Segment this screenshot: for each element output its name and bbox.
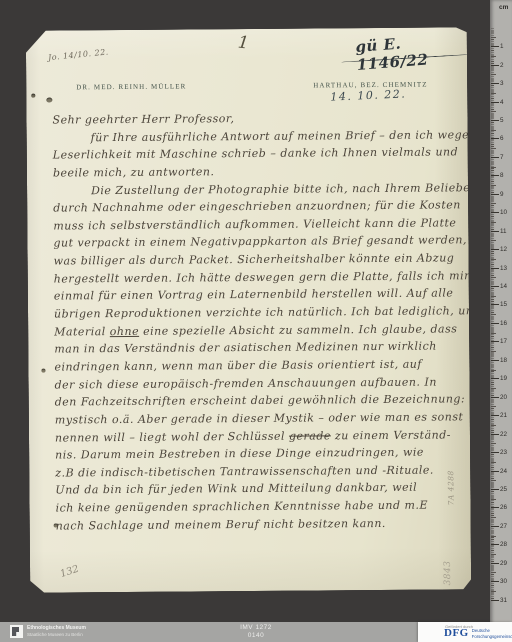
- letter-text-segment: einmal für einen Vortrag ein Laternenbil…: [54, 287, 454, 303]
- ruler-half-cm-tick: [491, 443, 496, 444]
- ruler-unit-label: cm: [499, 4, 508, 11]
- ruler-half-cm-tick: [491, 167, 496, 168]
- ruler-half-cm-tick: [491, 425, 496, 426]
- ruler-half-cm-tick: [491, 148, 496, 149]
- received-date-pencil-note: Jo. 14/10. 22.: [48, 47, 109, 62]
- ruler-cm-number: 26: [500, 504, 507, 511]
- ruler-half-cm-tick: [491, 517, 496, 518]
- ruler-cm-number: 30: [500, 578, 507, 585]
- ruler-cm-number: 23: [500, 449, 507, 456]
- ruler-half-cm-tick: [491, 130, 496, 131]
- ruler-cm-number: 25: [500, 486, 507, 493]
- ruler-cm-number: 20: [500, 394, 507, 401]
- ruler-half-cm-tick: [491, 499, 496, 500]
- ruler-cm-number: 18: [500, 357, 507, 364]
- ruler-cm-number: 10: [500, 209, 507, 216]
- letter-text-segment: gut verpackt in einem Negativpappkarton …: [53, 234, 467, 250]
- ruler-cm-number: 1: [500, 43, 504, 50]
- letter-text-segment: Material: [54, 325, 110, 338]
- margin-number-pencil: 132: [59, 564, 81, 580]
- ruler-half-cm-tick: [491, 111, 496, 112]
- ruler-cm-tick: [491, 120, 499, 121]
- ruler-half-cm-tick: [491, 93, 496, 94]
- ruler-cm-tick: [491, 471, 499, 472]
- ruler-half-cm-tick: [491, 296, 496, 297]
- ruler-cm-tick: [491, 323, 499, 324]
- letter-text-segment: eine spezielle Absicht zu sammeln. Ich g…: [139, 322, 457, 337]
- dfg-logo-text: DFG: [444, 628, 469, 639]
- punch-hole: [46, 98, 52, 103]
- ruler-half-cm-tick: [491, 56, 496, 57]
- letter-text-segment: übrigen Reproduktionen verzichte ich nat…: [54, 304, 477, 320]
- dfg-name-line2: Forschungsgemeinschaft: [472, 634, 512, 639]
- ruler-cm-tick: [491, 231, 499, 232]
- letter-text-segment: ich keine genügenden sprachlichen Kenntn…: [55, 499, 428, 515]
- letter-text-segment: zu einem Verständ-: [331, 428, 451, 442]
- letter-line: ich keine genügenden sprachlichen Kenntn…: [55, 496, 469, 517]
- ruler-cm-number: 21: [500, 412, 507, 419]
- letter-text-segment: muss ich selbstverständlich aufkommen. V…: [53, 216, 456, 232]
- ruler-cm-tick: [491, 378, 499, 379]
- ruler-cm-tick: [491, 83, 499, 84]
- letter-text-segment: Leserlichkeit mit Maschine schrieb – dan…: [53, 146, 458, 162]
- ruler-half-cm-tick: [491, 333, 496, 334]
- letter-text-segment: hergestellt werden. Ich hätte deswegen g…: [54, 269, 470, 285]
- ruler-cm-tick: [491, 360, 499, 361]
- dfg-full-name: Deutsche Forschungsgemeinschaft: [472, 628, 512, 638]
- ruler-cm-tick: [491, 489, 499, 490]
- ruler-cm-number: 4: [500, 99, 504, 106]
- dfg-logo: DFG Deutsche Forschungsgemeinschaft: [444, 628, 512, 639]
- ruler-cm-tick: [491, 544, 499, 545]
- ruler-cm-tick: [491, 268, 499, 269]
- ruler-half-cm-tick: [491, 314, 496, 315]
- ruler-half-cm-tick: [491, 74, 496, 75]
- letter-line: nach Sachlage und meinem Beruf nicht bes…: [56, 514, 470, 535]
- ruler-cm-number: 16: [500, 320, 507, 327]
- ruler-cm-tick: [491, 434, 499, 435]
- ruler-half-cm-tick: [491, 388, 496, 389]
- archive-number-vertical-lower: 3843: [443, 560, 453, 585]
- letter-text-segment: beeile mich, zu antworten.: [53, 165, 215, 179]
- scan-backdrop: cm 1234567891011121314151617181920212223…: [0, 0, 512, 642]
- letter-line: Leserlichkeit mit Maschine schrieb – dan…: [53, 144, 467, 165]
- ruler-cm-tick: [491, 175, 499, 176]
- ruler-cm-tick: [491, 397, 499, 398]
- ruler-cm-tick: [491, 249, 499, 250]
- ruler-cm-tick: [491, 341, 499, 342]
- ruler-cm-number: 7: [500, 154, 504, 161]
- ruler-cm-number: 31: [500, 597, 507, 604]
- ruler-cm-number: 9: [500, 191, 504, 198]
- ruler-cm-number: 27: [500, 523, 507, 530]
- ruler-cm-number: 2: [500, 62, 504, 69]
- ruler-cm-tick: [491, 526, 499, 527]
- ruler-cm-tick: [491, 581, 499, 582]
- ruler-cm-tick: [491, 65, 499, 66]
- ruler-half-cm-tick: [491, 185, 496, 186]
- ruler-cm-tick: [491, 452, 499, 453]
- digitization-footer-bar: Ethnologisches Museum Staatliche Museen …: [0, 622, 512, 642]
- ruler-half-cm-tick: [491, 277, 496, 278]
- letter-text-segment: z.B die indisch-tibetischen Tantrawissen…: [55, 463, 434, 479]
- letter-text-segment: nach Sachlage und meinem Beruf nicht bes…: [56, 517, 386, 533]
- ruler-cm-tick: [491, 157, 499, 158]
- letter-text-segment: gerade: [289, 429, 331, 442]
- letter-text-segment: was billiger als durch Packet. Sicherhei…: [54, 252, 455, 268]
- ruler-cm-number: 6: [500, 135, 504, 142]
- ruler-half-cm-tick: [491, 591, 496, 592]
- ruler-cm-number: 15: [500, 301, 507, 308]
- ruler-cm-number: 24: [500, 468, 507, 475]
- letter-text-segment: Sehr geehrter Herr Professor,: [52, 112, 234, 126]
- ruler-cm-number: 13: [500, 265, 507, 272]
- ruler-half-cm-tick: [491, 259, 496, 260]
- ruler-half-cm-tick: [491, 222, 496, 223]
- letter-text-segment: man in das Verständnis der asiatischen M…: [54, 340, 437, 356]
- letter-text-segment: mystisch o.ä. Aber gerade in dieser Myst…: [55, 410, 464, 426]
- ruler-half-cm-tick: [491, 203, 496, 204]
- ruler-half-cm-tick: [491, 572, 496, 573]
- ruler-half-cm-tick: [491, 536, 496, 537]
- ruler-cm-number: 12: [500, 246, 507, 253]
- letter-text-segment: der sich diese europäisch-fremden Anscha…: [55, 375, 437, 391]
- letterhead-date: 14. 10. 22.: [330, 87, 406, 103]
- page-number-annotation: 1: [237, 32, 250, 53]
- letter-text-segment: durch Nachnahme oder eingeschrieben anzu…: [53, 199, 461, 215]
- letter-text-segment: Und da bin ich für jeden Wink und Mittei…: [55, 481, 417, 497]
- letter-body: Sehr geehrter Herr Professor,für Ihre au…: [52, 108, 469, 535]
- ruler-cm-tick: [491, 138, 499, 139]
- ruler-cm-tick: [491, 507, 499, 508]
- letter-text-segment: nennen will – liegt wohl der Schlüssel: [55, 429, 289, 444]
- ruler-cm-number: 17: [500, 338, 507, 345]
- ruler-half-cm-tick: [491, 554, 496, 555]
- ruler-cm-number: 11: [500, 228, 507, 235]
- ruler-half-cm-tick: [491, 37, 496, 38]
- letter-page: Jo. 14/10. 22. 1 gü E. 1146/22 DR. MED. …: [26, 27, 471, 592]
- ruler-cm-tick: [491, 563, 499, 564]
- ruler-cm-tick: [491, 600, 499, 601]
- letter-text-segment: Die Zustellung der Photographie bitte ic…: [91, 181, 478, 197]
- ruler-half-cm-tick: [491, 240, 496, 241]
- punch-hole: [31, 94, 35, 98]
- ruler-cm-number: 22: [500, 431, 507, 438]
- ruler-half-cm-tick: [491, 351, 496, 352]
- letter-text-segment: nis. Darum mein Bestreben in diese Dinge…: [55, 446, 424, 462]
- letterhead-sender: DR. MED. REINH. MÜLLER: [76, 82, 186, 91]
- ruler-cm-tick: [491, 415, 499, 416]
- letter-text-segment: den Fachzeitschriften erscheint dabei ge…: [55, 393, 466, 409]
- measurement-ruler: cm 1234567891011121314151617181920212223…: [490, 0, 512, 642]
- ruler-cm-number: 8: [500, 172, 504, 179]
- letter-text-segment: eindringen kann, wenn man über die Basis…: [54, 358, 422, 374]
- ruler-half-cm-tick: [491, 406, 496, 407]
- ruler-cm-number: 5: [500, 117, 504, 124]
- ruler-half-cm-tick: [491, 462, 496, 463]
- ruler-half-cm-tick: [491, 370, 496, 371]
- paper-blemish: [41, 369, 45, 373]
- ruler-cm-number: 3: [500, 80, 504, 87]
- ruler-cm-number: 28: [500, 541, 507, 548]
- archive-number-vertical-upper: 7A 4288: [446, 470, 455, 505]
- dfg-funding-block: Gefördert durch DFG Deutsche Forschungsg…: [418, 622, 512, 642]
- ruler-cm-number: 14: [500, 283, 507, 290]
- ruler-cm-tick: [491, 46, 499, 47]
- ruler-cm-tick: [491, 212, 499, 213]
- registry-number-annotation: gü E. 1146/22: [355, 29, 468, 74]
- letter-text-segment: für Ihre ausführliche Antwort auf meinen…: [91, 128, 477, 144]
- letter-text-segment: ohne: [110, 325, 139, 338]
- ruler-cm-tick: [491, 286, 499, 287]
- ruler-cm-tick: [491, 102, 499, 103]
- ruler-cm-tick: [491, 194, 499, 195]
- ruler-cm-number: 19: [500, 375, 507, 382]
- ruler-half-cm-tick: [491, 480, 496, 481]
- ruler-cm-tick: [491, 304, 499, 305]
- ruler-cm-number: 29: [500, 560, 507, 567]
